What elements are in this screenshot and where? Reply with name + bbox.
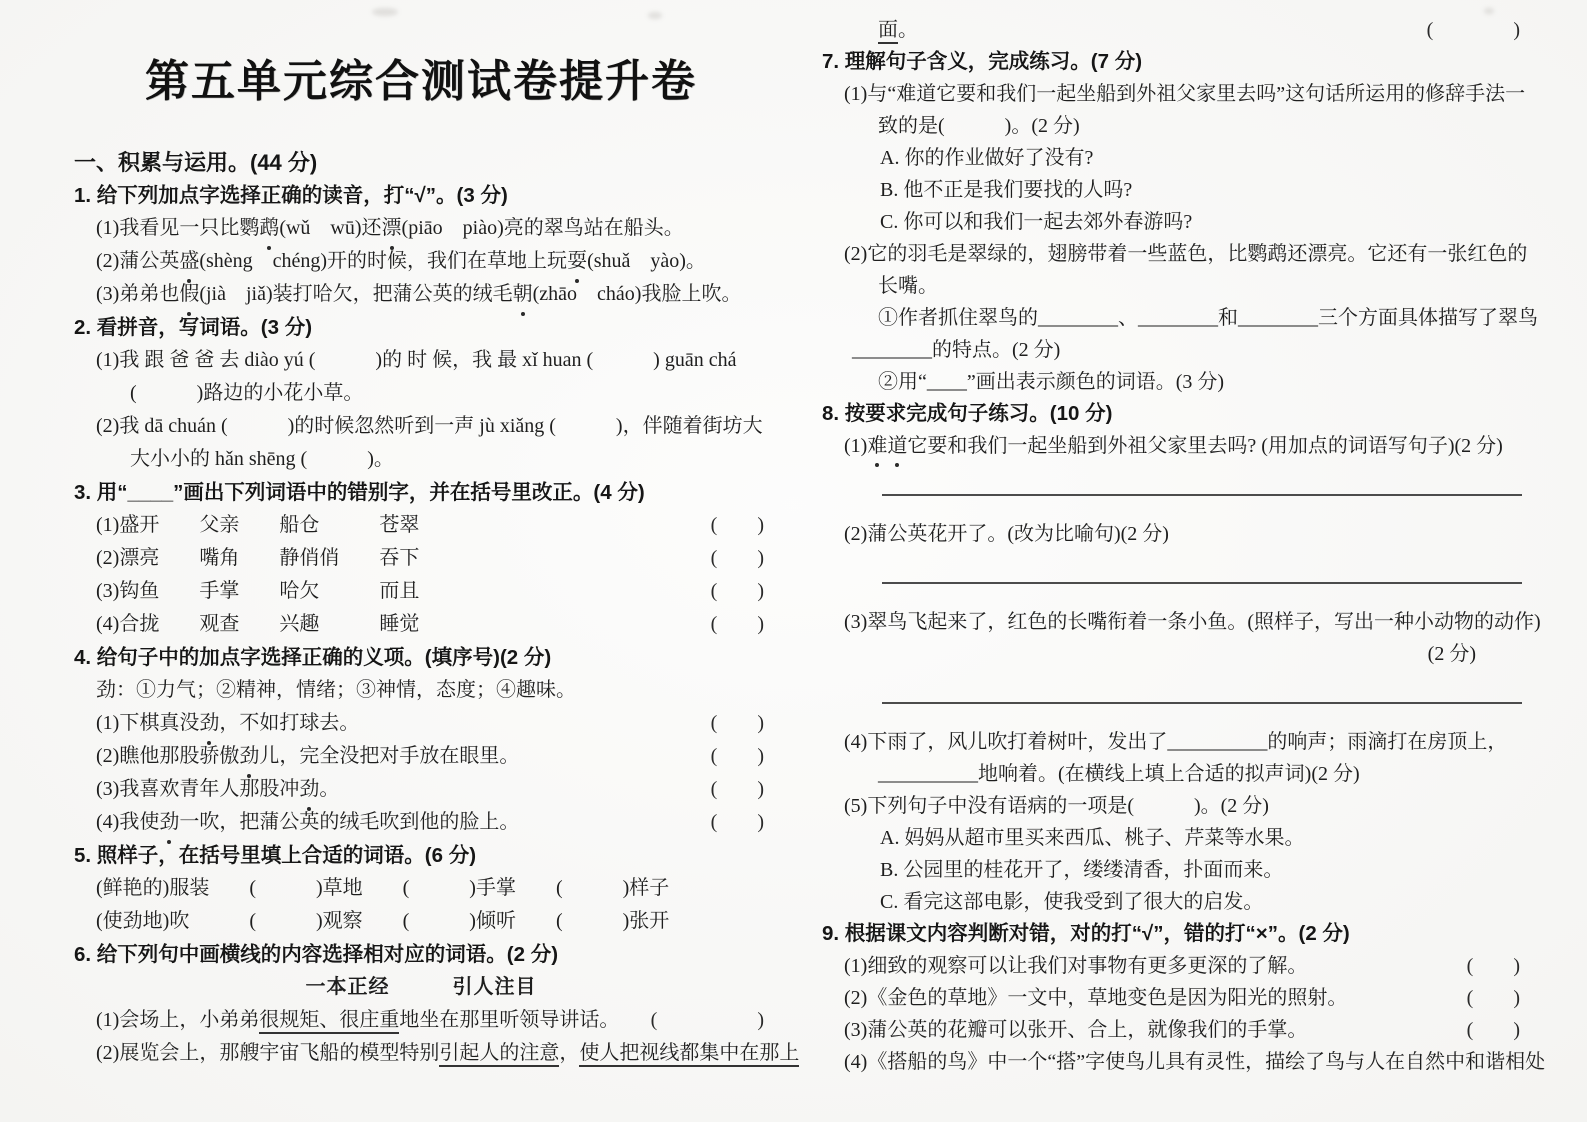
line-text: 长嘴。 xyxy=(878,270,938,302)
text-line: 劲：①力气；②精神，情绪；③神情，态度；④趣味。 xyxy=(74,674,768,707)
text-line: (2)蒲公英花开了。(改为比喻句)(2 分) xyxy=(822,518,1524,550)
text-line: (使劲地)吹 ( )观察 ( )倾听 ( )张开 xyxy=(74,905,768,938)
line-text: 8. 按要求完成句子练习。(10 分) xyxy=(822,398,1112,430)
answer-bracket: ( ) xyxy=(711,542,768,575)
answer-bracket: ( ) xyxy=(711,707,768,740)
line-text: (2)我 dā chuán ( )的时候忽然听到一声 jù xiǎng ( )，… xyxy=(96,410,763,443)
emphasis-dot-char: 劲 xyxy=(299,773,319,806)
text-line: 大小小的 hǎn shēng ( )。 xyxy=(74,443,768,476)
emphasis-dot-char: 难 xyxy=(867,430,887,462)
text-line: 一本正经 引人注目 xyxy=(74,971,768,1004)
text-line: 8. 按要求完成句子练习。(10 分) xyxy=(822,398,1524,430)
underlined-phrase: 使人把视线都集中在那上 xyxy=(579,1042,799,1067)
line-text: ②用“____”画出表示颜色的词语。(3 分) xyxy=(878,366,1224,398)
text-line: 1. 给下列加点字选择正确的读音，打“√”。(3 分) xyxy=(74,179,768,212)
exam-paper-scan: { "document": { "title": "第五单元综合测试卷提升卷",… xyxy=(0,0,1587,1122)
emphasis-dot-char: 劲 xyxy=(239,740,259,773)
line-text: (4)合拢 观查 兴趣 睡觉 xyxy=(96,608,419,641)
text-line: (4)下雨了，风儿吹打着树叶，发出了__________的响声；雨滴打在房顶上， xyxy=(822,726,1524,758)
text-line: (鲜艳的)服装 ( )草地 ( )手掌 ( )样子 xyxy=(74,872,768,905)
left-page-column: 第五单元综合测试卷提升卷 一、积累与运用。(44 分)1. 给下列加点字选择正确… xyxy=(74,0,768,1070)
text-line: (4)合拢 观查 兴趣 睡觉( ) xyxy=(74,608,768,641)
text-line: C. 你可以和我们一起去郊外春游吗? xyxy=(822,206,1524,238)
line-text: (1)会场上，小弟弟很规矩、很庄重地坐在那里听领导讲话。 xyxy=(96,1004,619,1037)
text-line: (3)蒲公英的花瓣可以张开、合上，就像我们的手掌。( ) xyxy=(822,1014,1524,1046)
text-line: (1)细致的观察可以让我们对事物有更多更深的了解。( ) xyxy=(822,950,1524,982)
text-line: (2)《金色的草地》一文中，草地变色是因为阳光的照射。( ) xyxy=(822,982,1524,1014)
page-title: 第五单元综合测试卷提升卷 xyxy=(74,56,768,108)
scanned-exam-page: 第五单元综合测试卷提升卷 一、积累与运用。(44 分)1. 给下列加点字选择正确… xyxy=(0,0,1587,1122)
line-text: B. 公园里的桂花开了，缕缕清香，扑面而来。 xyxy=(880,854,1283,886)
text-line: 4. 给句子中的加点字选择正确的义项。(填序号)(2 分) xyxy=(74,641,768,674)
line-text: (2)瞧他那股骄傲劲儿，完全没把对手放在眼里。 xyxy=(96,740,519,773)
text-line: (3)钩鱼 手掌 哈欠 而且( ) xyxy=(74,575,768,608)
answer-blank-line xyxy=(882,558,1522,584)
answer-blank-line xyxy=(882,678,1522,704)
line-text: 一本正经 引人注目 xyxy=(306,976,537,998)
line-text: ________的特点。(2 分) xyxy=(852,334,1060,366)
text-line: 7. 理解句子含义，完成练习。(7 分) xyxy=(822,46,1524,78)
line-text: (3)弟弟也假(jià jiǎ)装打哈欠，把蒲公英的绒毛朝(zhāo cháo)… xyxy=(96,278,741,311)
line-text: (1)与“难道它要和我们一起坐船到外祖父家里去吗”这句话所运用的修辞手法一 xyxy=(844,78,1525,110)
text-line: (1)难道它要和我们一起坐船到外祖父家里去吗? (用加点的词语写句子)(2 分) xyxy=(822,430,1524,462)
text-line: (3)我喜欢青年人那股冲劲。( ) xyxy=(74,773,768,806)
text-line: (1)盛开 父亲 船仓 苍翠( ) xyxy=(74,509,768,542)
line-text: (使劲地)吹 ( )观察 ( )倾听 ( )张开 xyxy=(96,905,669,938)
line-text: (1)难道它要和我们一起坐船到外祖父家里去吗? (用加点的词语写句子)(2 分) xyxy=(844,430,1503,462)
line-text: (2)蒲公英盛(shèng chéng)开的时候，我们在草地上玩耍(shuǎ y… xyxy=(96,245,706,278)
text-line: A. 妈妈从超市里买来西瓜、桃子、芹菜等水果。 xyxy=(822,822,1524,854)
text-line: B. 他不正是我们要找的人吗? xyxy=(822,174,1524,206)
text-line: 5. 照样子，在括号里填上合适的词语。(6 分) xyxy=(74,839,768,872)
text-line: ②用“____”画出表示颜色的词语。(3 分) xyxy=(822,366,1524,398)
line-text: (3)我喜欢青年人那股冲劲。 xyxy=(96,773,339,806)
line-text: C. 你可以和我们一起去郊外春游吗? xyxy=(880,206,1192,238)
text-line: (2)漂亮 嘴角 静俏俏 吞下( ) xyxy=(74,542,768,575)
text-line: (5)下列句子中没有语病的一项是( )。(2 分) xyxy=(822,790,1524,822)
text-line: ①作者抓住翠鸟的________、________和________三个方面具体… xyxy=(822,302,1524,334)
emphasis-dot-char: 假 xyxy=(179,278,199,311)
underlined-phrase: 引起人的注意 xyxy=(439,1042,559,1067)
line-text: (2)《金色的草地》一文中，草地变色是因为阳光的照射。 xyxy=(844,982,1347,1014)
text-line: C. 看完这部电影，使我受到了很大的启发。 xyxy=(822,886,1524,918)
text-line: (2)瞧他那股骄傲劲儿，完全没把对手放在眼里。( ) xyxy=(74,740,768,773)
text-line: 致的是( )。(2 分) xyxy=(822,110,1524,142)
answer-bracket: ( ) xyxy=(711,608,768,641)
line-text: (1)盛开 父亲 船仓 苍翠 xyxy=(96,509,419,542)
line-text: 大小小的 hǎn shēng ( )。 xyxy=(130,443,394,476)
emphasis-dot-char: 漂 xyxy=(382,212,402,245)
text-line: 3. 用“____”画出下列词语中的错别字，并在括号里改正。(4 分) xyxy=(74,476,768,509)
line-text: 面。 xyxy=(878,14,918,46)
line-text: (1)我 跟 爸 爸 去 diào yú ( )的 时 候，我 最 xǐ hua… xyxy=(96,344,736,377)
text-line: (3)弟弟也假(jià jiǎ)装打哈欠，把蒲公英的绒毛朝(zhāo cháo)… xyxy=(74,278,768,311)
answer-bracket: ( ) xyxy=(651,1004,768,1037)
emphasis-dot-char: 道 xyxy=(887,430,907,462)
text-line: ( )路边的小花小草。 xyxy=(74,377,768,410)
text-line: (2)展览会上，那艘宇宙飞船的模型特别引起人的注意，使人把视线都集中在那上 xyxy=(74,1037,768,1070)
line-text: 一、积累与运用。(44 分) xyxy=(74,146,317,179)
line-text: B. 他不正是我们要找的人吗? xyxy=(880,174,1132,206)
underlined-phrase: 面 xyxy=(878,19,898,44)
text-line: 面。( ) xyxy=(822,14,1524,46)
text-line: (2)它的羽毛是翠绿的，翅膀带着一些蓝色，比鹦鹉还漂亮。它还有一张红色的 xyxy=(822,238,1524,270)
text-line: 9. 根据课文内容判断对错，对的打“√”，错的打“×”。(2 分) xyxy=(822,918,1524,950)
answer-bracket: ( ) xyxy=(1467,950,1524,982)
line-text: 2. 看拼音，写词语。(3 分) xyxy=(74,311,312,344)
answer-bracket: ( ) xyxy=(711,509,768,542)
line-text: (1)我看见一只比鹦鹉(wǔ wū)还漂(piāo piào)亮的翠鸟站在船头。 xyxy=(96,212,684,245)
emphasis-dot-char: 盛 xyxy=(179,245,199,278)
text-line: (1)下棋真没劲，不如打球去。( ) xyxy=(74,707,768,740)
line-text: (5)下列句子中没有语病的一项是( )。(2 分) xyxy=(844,790,1269,822)
text-line: 6. 给下列句中画横线的内容选择相对应的词语。(2 分) xyxy=(74,938,768,971)
line-text: 6. 给下列句中画横线的内容选择相对应的词语。(2 分) xyxy=(74,938,558,971)
line-text: ( )路边的小花小草。 xyxy=(130,377,363,410)
line-text: (2 分) xyxy=(1428,643,1476,665)
text-line: (2)蒲公英盛(shèng chéng)开的时候，我们在草地上玩耍(shuǎ y… xyxy=(74,245,768,278)
answer-blank-line xyxy=(882,470,1522,496)
text-line: (1)我 跟 爸 爸 去 diào yú ( )的 时 候，我 最 xǐ hua… xyxy=(74,344,768,377)
line-text: 7. 理解句子含义，完成练习。(7 分) xyxy=(822,46,1142,78)
line-text: (1)下棋真没劲，不如打球去。 xyxy=(96,707,359,740)
line-text: 劲：①力气；②精神，情绪；③神情，态度；④趣味。 xyxy=(96,674,576,707)
text-line: 一、积累与运用。(44 分) xyxy=(74,146,768,179)
line-text: (2)它的羽毛是翠绿的，翅膀带着一些蓝色，比鹦鹉还漂亮。它还有一张红色的 xyxy=(844,238,1527,270)
line-text: (3)钩鱼 手掌 哈欠 而且 xyxy=(96,575,419,608)
text-line: (1)与“难道它要和我们一起坐船到外祖父家里去吗”这句话所运用的修辞手法一 xyxy=(822,78,1524,110)
text-line: A. 你的作业做好了没有? xyxy=(822,142,1524,174)
line-text: (4)《搭船的鸟》中一个“搭”字使鸟儿具有灵性，描绘了鸟与人在自然中和谐相处 xyxy=(844,1046,1545,1078)
line-text: C. 看完这部电影，使我受到了很大的启发。 xyxy=(880,886,1263,918)
text-line: ________的特点。(2 分) xyxy=(822,334,1524,366)
line-text: 1. 给下列加点字选择正确的读音，打“√”。(3 分) xyxy=(74,179,508,212)
answer-bracket: ( ) xyxy=(1467,1014,1524,1046)
line-text: (2)漂亮 嘴角 静俏俏 吞下 xyxy=(96,542,419,575)
emphasis-dot-char: 朝 xyxy=(513,278,533,311)
text-line: (3)翠鸟飞起来了，红色的长嘴衔着一条小鱼。(照样子，写出一种小动物的动作) xyxy=(822,606,1524,638)
text-line: (1)我看见一只比鹦鹉(wǔ wū)还漂(piāo piào)亮的翠鸟站在船头。 xyxy=(74,212,768,245)
answer-bracket: ( ) xyxy=(711,740,768,773)
answer-bracket: ( ) xyxy=(1427,14,1524,46)
line-text: (4)下雨了，风儿吹打着树叶，发出了__________的响声；雨滴打在房顶上， xyxy=(844,726,1507,758)
line-text: A. 妈妈从超市里买来西瓜、桃子、芹菜等水果。 xyxy=(880,822,1304,854)
answer-bracket: ( ) xyxy=(711,806,768,839)
right-column-lines: 面。( )7. 理解句子含义，完成练习。(7 分)(1)与“难道它要和我们一起坐… xyxy=(822,14,1524,1078)
line-text: __________地响着。(在横线上填上合适的拟声词)(2 分) xyxy=(878,758,1360,790)
line-text: (1)细致的观察可以让我们对事物有更多更深的了解。 xyxy=(844,950,1307,982)
text-line: (2 分) xyxy=(822,638,1524,670)
underlined-phrase: 很规矩、很庄重 xyxy=(259,1009,399,1034)
line-text: 3. 用“____”画出下列词语中的错别字，并在括号里改正。(4 分) xyxy=(74,476,645,509)
left-column-lines: 一、积累与运用。(44 分)1. 给下列加点字选择正确的读音，打“√”。(3 分… xyxy=(74,146,768,1070)
emphasis-dot-char: 劲 xyxy=(159,806,179,839)
emphasis-dot-char: 劲 xyxy=(199,707,219,740)
answer-bracket: ( ) xyxy=(1467,982,1524,1014)
line-text: (鲜艳的)服装 ( )草地 ( )手掌 ( )样子 xyxy=(96,872,669,905)
text-line: B. 公园里的桂花开了，缕缕清香，扑面而来。 xyxy=(822,854,1524,886)
text-line: (1)会场上，小弟弟很规矩、很庄重地坐在那里听领导讲话。( ) xyxy=(74,1004,768,1037)
text-line: (2)我 dā chuán ( )的时候忽然听到一声 jù xiǎng ( )，… xyxy=(74,410,768,443)
line-text: (2)展览会上，那艘宇宙飞船的模型特别引起人的注意，使人把视线都集中在那上 xyxy=(96,1037,799,1070)
line-text: 9. 根据课文内容判断对错，对的打“√”，错的打“×”。(2 分) xyxy=(822,918,1350,950)
line-text: (3)蒲公英的花瓣可以张开、合上，就像我们的手掌。 xyxy=(844,1014,1307,1046)
text-line: (4)我使劲一吹，把蒲公英的绒毛吹到他的脸上。( ) xyxy=(74,806,768,839)
line-text: A. 你的作业做好了没有? xyxy=(880,142,1093,174)
emphasis-dot-char: 鹉 xyxy=(259,212,279,245)
text-line: 2. 看拼音，写词语。(3 分) xyxy=(74,311,768,344)
text-line: __________地响着。(在横线上填上合适的拟声词)(2 分) xyxy=(822,758,1524,790)
right-page-column: 面。( )7. 理解句子含义，完成练习。(7 分)(1)与“难道它要和我们一起坐… xyxy=(822,0,1524,1078)
line-text: (3)翠鸟飞起来了，红色的长嘴衔着一条小鱼。(照样子，写出一种小动物的动作) xyxy=(844,606,1541,638)
answer-bracket: ( ) xyxy=(711,575,768,608)
line-text: ①作者抓住翠鸟的________、________和________三个方面具体… xyxy=(878,302,1538,334)
line-text: 4. 给句子中的加点字选择正确的义项。(填序号)(2 分) xyxy=(74,641,551,674)
line-text: (2)蒲公英花开了。(改为比喻句)(2 分) xyxy=(844,518,1169,550)
text-line: 长嘴。 xyxy=(822,270,1524,302)
emphasis-dot-char: 耍 xyxy=(567,245,587,278)
answer-bracket: ( ) xyxy=(711,773,768,806)
line-text: 5. 照样子，在括号里填上合适的词语。(6 分) xyxy=(74,839,476,872)
text-line: (4)《搭船的鸟》中一个“搭”字使鸟儿具有灵性，描绘了鸟与人在自然中和谐相处 xyxy=(822,1046,1524,1078)
line-text: 致的是( )。(2 分) xyxy=(878,110,1080,142)
